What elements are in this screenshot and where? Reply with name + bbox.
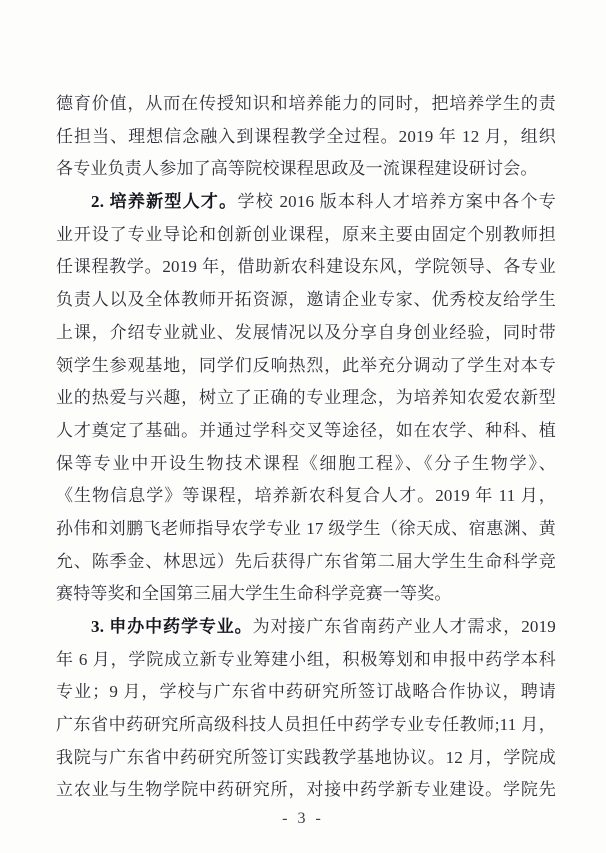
text-line: 各专业负责人参加了高等院校课程思政及一流课程建设研讨会。 xyxy=(56,153,556,186)
text-line: 赛特等奖和全国第三届大学生生命科学竞赛一等奖。 xyxy=(56,578,556,611)
paragraph: 德育价值，从而在传授知识和培养能力的同时，把培养学生的责任担当、理想信念融入到课… xyxy=(56,88,556,186)
text-line: 领学生参观基地，同学们反响热烈，此举充分调动了学生对本专 xyxy=(56,350,556,383)
text-line: 立农业与生物学院中药研究所，对接中药学新专业建设。学院先 xyxy=(56,774,556,807)
text-line: 业开设了专业导论和创新创业课程，原来主要由固定个别教师担 xyxy=(56,219,556,252)
paragraph: 3. 申办中药学专业。为对接广东省南药产业人才需求，2019年 6 月，学院成立… xyxy=(56,611,556,807)
text-line: 孙伟和刘鹏飞老师指导农学专业 17 级学生（徐天成、宿惠渊、黄 xyxy=(56,513,556,546)
paragraph-heading: 3. 申办中药学专业。 xyxy=(91,617,253,636)
document-page: 德育价值，从而在传授知识和培养能力的同时，把培养学生的责任担当、理想信念融入到课… xyxy=(0,0,606,853)
text-line: 专业；9 月，学校与广东省中药研究所签订战略合作协议，聘请 xyxy=(56,676,556,709)
text-line: 《生物信息学》等课程，培养新农科复合人才。2019 年 11 月， xyxy=(56,480,556,513)
page-number: - 3 - xyxy=(0,810,606,828)
paragraph-heading: 2. 培养新型人才。 xyxy=(91,192,237,211)
text-line: 年 6 月，学院成立新专业筹建小组，积极筹划和申报中药学本科 xyxy=(56,644,556,677)
paragraph: 2. 培养新型人才。学校 2016 版本科人才培养方案中各个专业开设了专业导论和… xyxy=(56,186,556,611)
text-line: 人才奠定了基础。并通过学科交叉等途径，如在农学、种科、植 xyxy=(56,415,556,448)
text-line: 允、陈季金、林思远）先后获得广东省第二届大学生生命科学竞 xyxy=(56,546,556,579)
text-line: 德育价值，从而在传授知识和培养能力的同时，把培养学生的责 xyxy=(56,88,556,121)
text-line: 广东省中药研究所高级科技人员担任中药学专业专任教师;11 月， xyxy=(56,709,556,742)
text-line: 任担当、理想信念融入到课程教学全过程。2019 年 12 月，组织 xyxy=(56,121,556,154)
document-body: 德育价值，从而在传授知识和培养能力的同时，把培养学生的责任担当、理想信念融入到课… xyxy=(56,88,556,807)
text-line: 业的热爱与兴趣，树立了正确的专业理念，为培养知农爱农新型 xyxy=(56,382,556,415)
text-line: 2. 培养新型人才。学校 2016 版本科人才培养方案中各个专 xyxy=(56,186,556,219)
text-line: 任课程教学。2019 年，借助新农科建设东风，学院领导、各专业 xyxy=(56,251,556,284)
text-line: 我院与广东省中药研究所签订实践教学基地协议。12 月，学院成 xyxy=(56,742,556,775)
text-line: 3. 申办中药学专业。为对接广东省南药产业人才需求，2019 xyxy=(56,611,556,644)
text-line: 保等专业中开设生物技术课程《细胞工程》、《分子生物学》、 xyxy=(56,448,556,481)
text-line: 负责人以及全体教师开拓资源，邀请企业专家、优秀校友给学生 xyxy=(56,284,556,317)
text-line: 上课，介绍专业就业、发展情况以及分享自身创业经验，同时带 xyxy=(56,317,556,350)
